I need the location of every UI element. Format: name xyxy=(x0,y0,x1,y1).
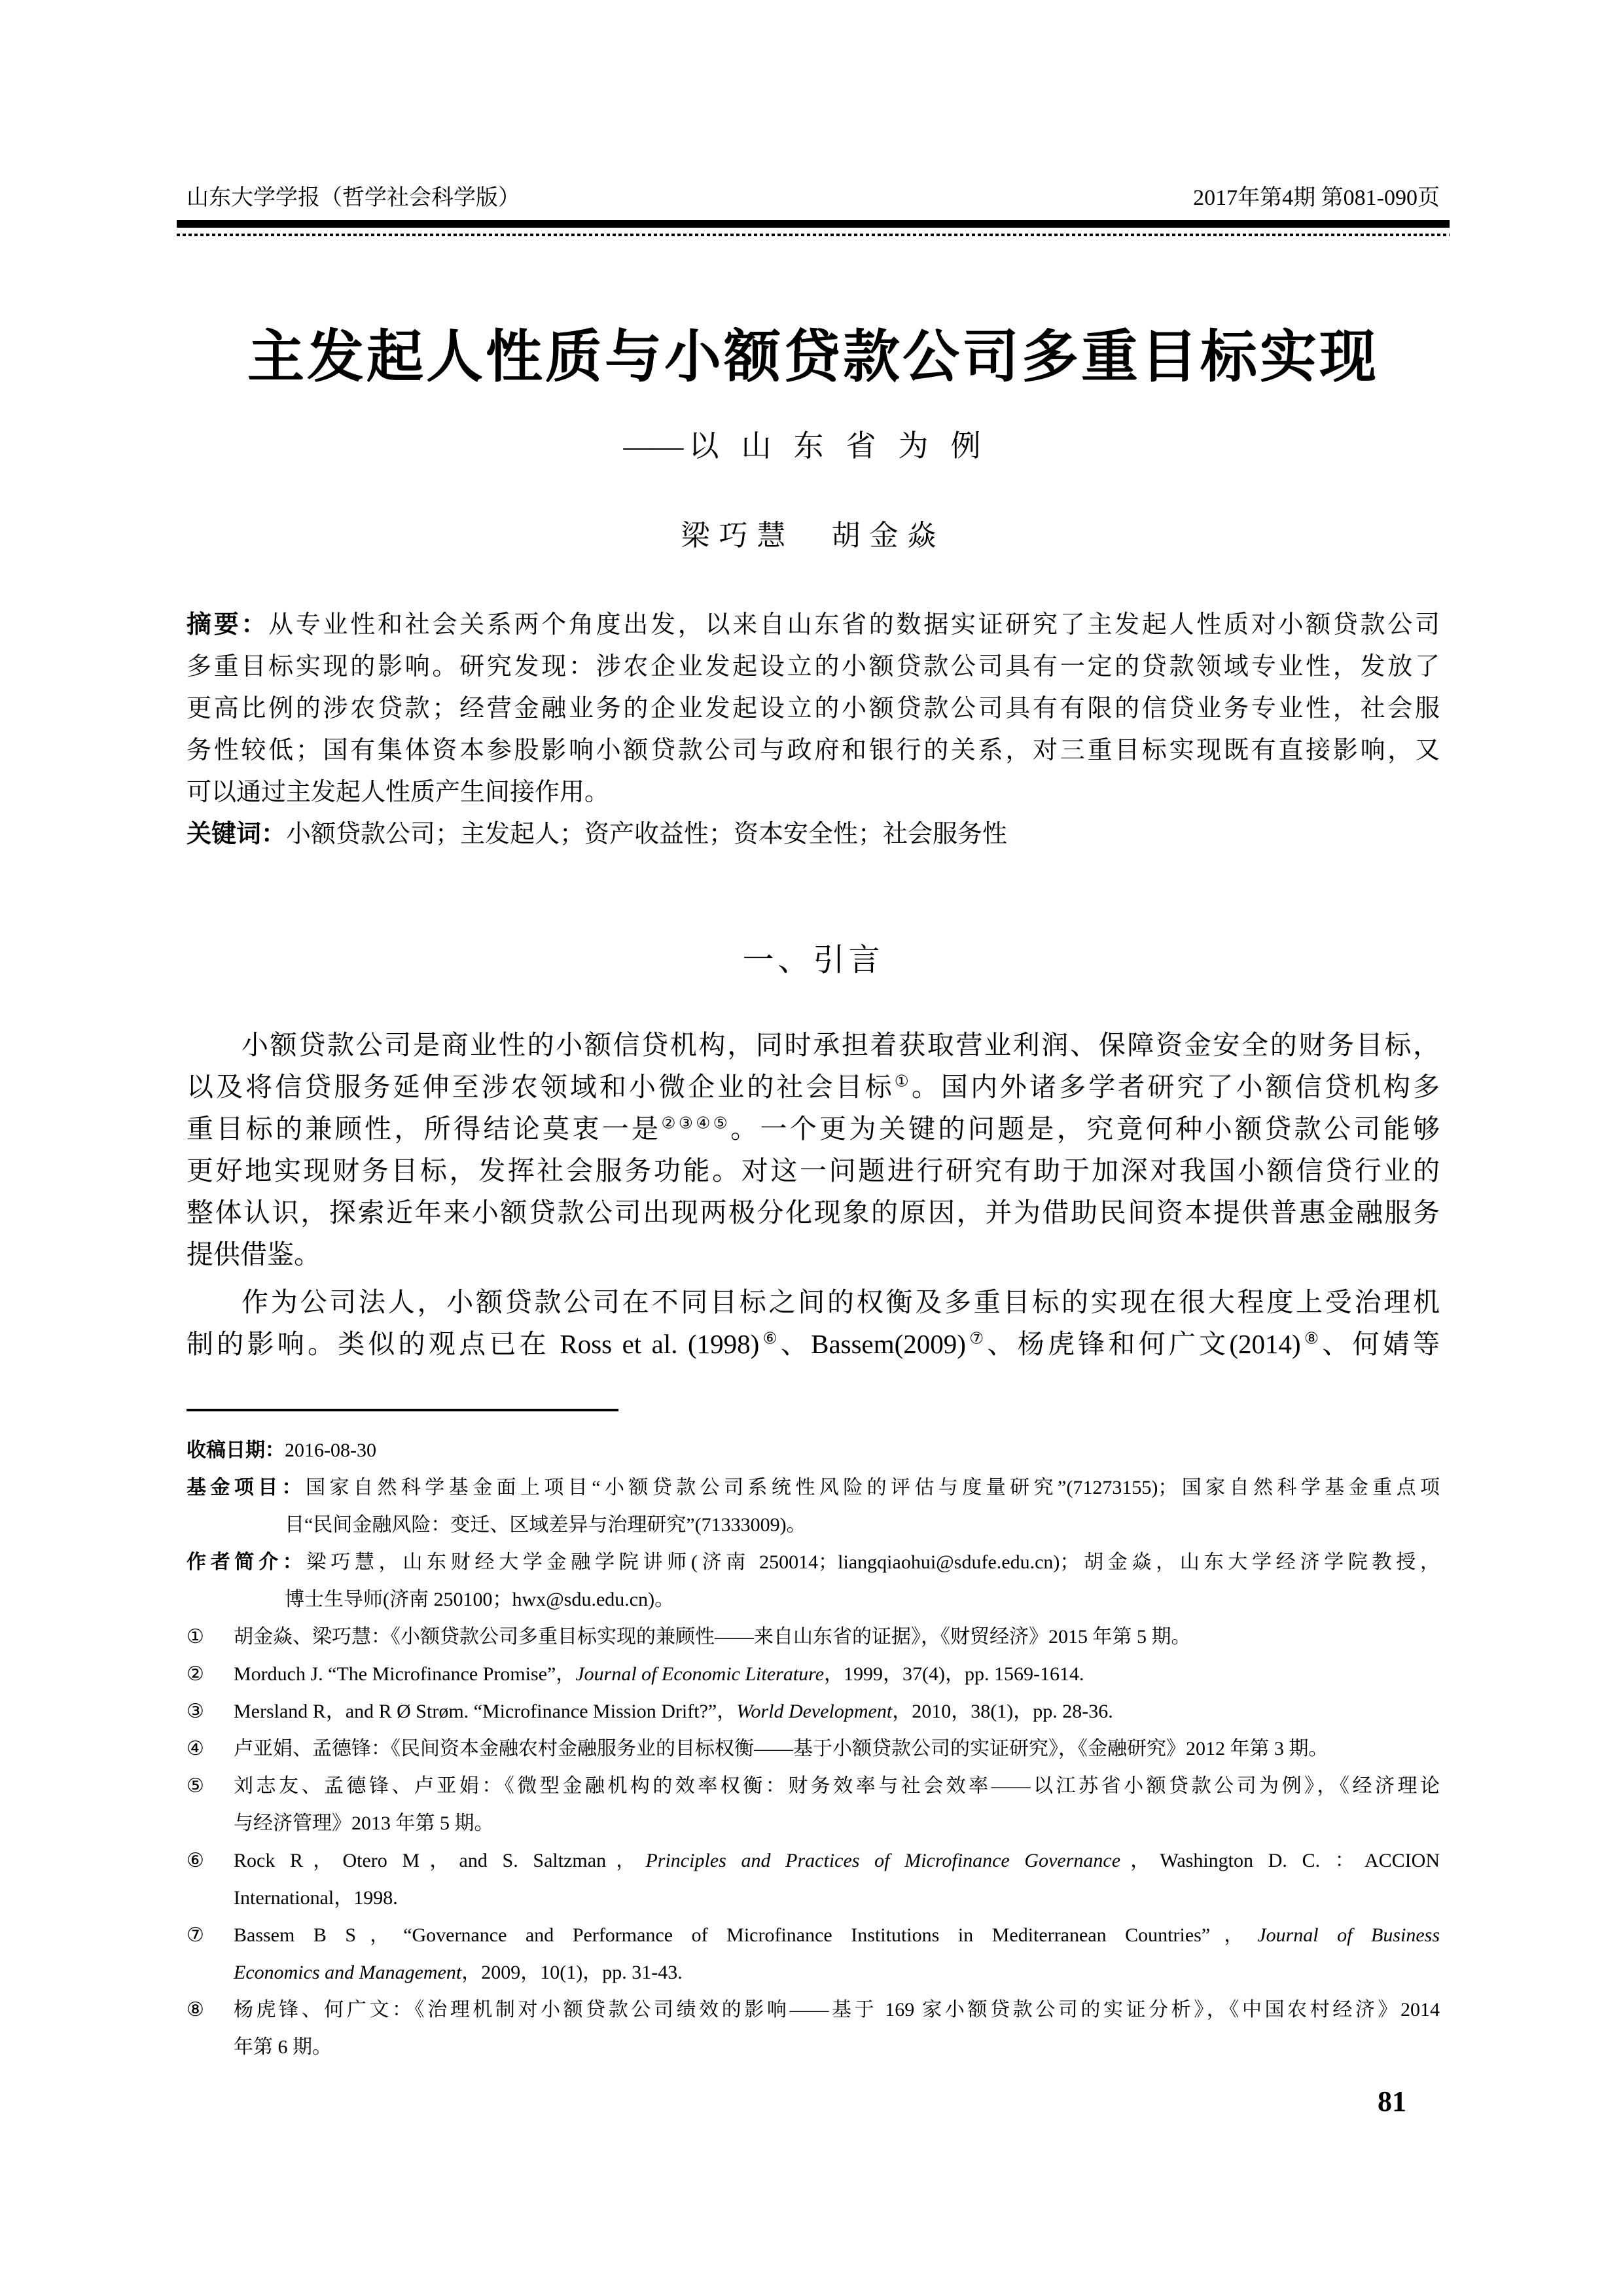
header-rule-dotted xyxy=(177,234,1450,236)
abstract-line: 多重目标实现的影响。研究发现：涉农企业发起设立的小额贷款公司具有一定的贷款领域专… xyxy=(187,646,1440,688)
text-run: ，1999，37(4)，pp. 1569-1614. xyxy=(824,1663,1084,1685)
text-run: Bassem B S，“Governance and Performance o… xyxy=(234,1924,1257,1946)
footnote-ref: ⑦ xyxy=(966,1330,988,1347)
section-heading: 一、引言 xyxy=(187,934,1440,980)
abstract-line: 可以通过主发起人性质产生间接作用。 xyxy=(187,771,1440,813)
footnote-labeled-item: 基金项目：国家自然科学基金面上项目“小额贷款公司系统性风险的评估与度量研究”(7… xyxy=(187,1469,1440,1544)
footnote-numbered-item: ⑥Rock R，Otero M，and S. Saltzman，Principl… xyxy=(187,1842,1440,1916)
footnote-marker: ⑤ xyxy=(187,1767,204,1805)
body-line: 更好地实现财务目标，发挥社会服务功能。对这一问题进行研究有助于加深对我国小额信贷… xyxy=(187,1150,1440,1192)
text-run: Rock R，Otero M，and S. Saltzman， xyxy=(234,1850,645,1871)
author-first: 梁巧慧 xyxy=(681,520,795,552)
author-second: 胡金焱 xyxy=(832,520,946,552)
footnote-ref: ⑥ xyxy=(759,1330,781,1347)
body-line: 整体认识，探索近年来小额贷款公司出现两极分化现象的原因，并为借助民间资本提供普惠… xyxy=(187,1192,1440,1233)
subtitle-dash: —— xyxy=(624,429,684,463)
footnote-numbered-item: ③Mersland R，and R Ø Strøm. “Microfinance… xyxy=(187,1693,1440,1730)
body-line: 小额贷款公司是商业性的小额信贷机构，同时承担着获取营业利润、保障资金安全的财务目… xyxy=(187,1024,1440,1066)
footnote-marker: ⑥ xyxy=(187,1842,204,1879)
text-run: 年第 6 期。 xyxy=(234,2036,332,2058)
footnote-numbered-item: ②Morduch J. “The Microfinance Promise”，J… xyxy=(187,1655,1440,1693)
journal-name: 山东大学学报（哲学社会科学版） xyxy=(187,183,520,213)
footnote-labeled-item: 收稿日期：2016-08-30 xyxy=(187,1432,1440,1469)
text-run: 刘志友、孟德锋、卢亚娟：《微型金融机构的效率权衡：财务效率与社会效率——以江苏省… xyxy=(234,1775,1440,1797)
footnote-ref: ③ xyxy=(679,1114,696,1132)
line-label: 基金项目： xyxy=(187,1477,306,1498)
footnote-marker: ③ xyxy=(187,1693,204,1730)
text-run: Mersland R，and R Ø Strøm. “Microfinance … xyxy=(234,1701,736,1722)
footnote-ref: ② xyxy=(662,1114,679,1132)
footnote-line: Rock R，Otero M，and S. Saltzman，Principle… xyxy=(234,1842,1440,1879)
text-run: 与经济管理》2013 年第 5 期。 xyxy=(234,1812,494,1834)
header-rule-thick xyxy=(177,220,1450,228)
italic-text: World Development xyxy=(736,1701,892,1722)
abstract-line: 务性较低；国有集体资本参股影响小额贷款公司与政府和银行的关系，对三重目标实现既有… xyxy=(187,730,1440,771)
footnote-line: 作者简介：梁巧慧，山东财经大学金融学院讲师(济南 250014；liangqia… xyxy=(187,1544,1440,1581)
line-label: 作者简介： xyxy=(187,1551,307,1573)
keywords-line: 关键词：小额贷款公司；主发起人；资产收益性；资本安全性；社会服务性 xyxy=(187,813,1440,855)
footnote-line: 年第 6 期。 xyxy=(234,2028,1440,2066)
footnote-line: 杨虎锋、何广文：《治理机制对小额贷款公司绩效的影响——基于 169 家小额贷款公… xyxy=(234,1991,1440,2028)
italic-text: Journal of Business xyxy=(1257,1924,1440,1946)
article-subtitle: ——以山东省为例 xyxy=(187,422,1440,465)
footnote-line: 胡金焱、梁巧慧：《小额贷款公司多重目标实现的兼顾性——来自山东省的证据》，《财贸… xyxy=(234,1618,1440,1655)
paragraph-1: 小额贷款公司是商业性的小额信贷机构，同时承担着获取营业利润、保障资金安全的财务目… xyxy=(187,1024,1440,1275)
footnote-numbered-item: ⑦Bassem B S，“Governance and Performance … xyxy=(187,1916,1440,1991)
page-number: 81 xyxy=(1378,2085,1406,2118)
footnote-line: 基金项目：国家自然科学基金面上项目“小额贷款公司系统性风险的评估与度量研究”(7… xyxy=(187,1469,1440,1506)
body-line: 提供借鉴。 xyxy=(187,1233,1440,1275)
journal-page: 山东大学学报（哲学社会科学版） 2017年第4期 第081-090页 主发起人性… xyxy=(0,0,1623,2296)
footnote-ref: ① xyxy=(895,1072,912,1090)
text-run: ，Washington D. C. ：ACCION xyxy=(1120,1850,1440,1871)
body-line: 以及将信贷服务延伸至涉农领域和小微企业的社会目标①。国内外诸多学者研究了小额信贷… xyxy=(187,1066,1440,1108)
footnote-line: 目“民间金融风险：变迁、区域差异与治理研究”(71333009)。 xyxy=(285,1506,1440,1544)
footnote-line: Economics and Management，2009，10(1)，pp. … xyxy=(234,1954,1440,1991)
text-run: 卢亚娟、孟德锋：《民间资本金融农村金融服务业的目标权衡——基于小额贷款公司的实证… xyxy=(234,1738,1329,1759)
line-label: 摘要： xyxy=(187,611,268,639)
footnote-marker: ② xyxy=(187,1655,204,1693)
subtitle-text: 以山东省为例 xyxy=(689,429,1003,463)
footnote-line: 卢亚娟、孟德锋：《民间资本金融农村金融服务业的目标权衡——基于小额贷款公司的实证… xyxy=(234,1730,1440,1767)
footnote-line: 收稿日期：2016-08-30 xyxy=(187,1432,1440,1469)
page-header: 山东大学学报（哲学社会科学版） 2017年第4期 第081-090页 xyxy=(187,183,1440,213)
paragraph-2: 作为公司法人，小额贷款公司在不同目标之间的权衡及多重目标的实现在很大程度上受治理… xyxy=(187,1281,1440,1365)
text-run: Morduch J. “The Microfinance Promise”， xyxy=(234,1663,575,1685)
footnote-marker: ① xyxy=(187,1618,204,1655)
abstract-line: 更高比例的涉农贷款；经营金融业务的企业发起设立的小额贷款公司具有有限的信贷业务专… xyxy=(187,688,1440,730)
italic-text: Principles and Practices of Microfinance… xyxy=(645,1850,1120,1871)
footnote-numbered-item: ①胡金焱、梁巧慧：《小额贷款公司多重目标实现的兼顾性——来自山东省的证据》，《财… xyxy=(187,1618,1440,1655)
footnote-marker: ⑦ xyxy=(187,1916,204,1954)
abstract-line: 摘要：从专业性和社会关系两个角度出发，以来自山东省的数据实证研究了主发起人性质对… xyxy=(187,604,1440,646)
footnote-marker: ④ xyxy=(187,1730,204,1767)
article-title: 主发起人性质与小额贷款公司多重目标实现 xyxy=(187,325,1440,390)
body-line: 重目标的兼顾性，所得结论莫衷一是②③④⑤。一个更为关键的问题是，究竟何种小额贷款… xyxy=(187,1108,1440,1150)
line-label: 收稿日期： xyxy=(187,1439,285,1461)
footnote-line: International，1998. xyxy=(234,1879,1440,1916)
footnote-line: Mersland R，and R Ø Strøm. “Microfinance … xyxy=(234,1693,1440,1730)
footnote-numbered-item: ④卢亚娟、孟德锋：《民间资本金融农村金融服务业的目标权衡——基于小额贷款公司的实… xyxy=(187,1730,1440,1767)
footnote-numbered-item: ⑧杨虎锋、何广文：《治理机制对小额贷款公司绩效的影响——基于 169 家小额贷款… xyxy=(187,1991,1440,2066)
body-line: 制的影响。类似的观点已在 Ross et al. (1998)⑥、Bassem(… xyxy=(187,1323,1440,1365)
footnote-labeled-item: 作者简介：梁巧慧，山东财经大学金融学院讲师(济南 250014；liangqia… xyxy=(187,1544,1440,1618)
footnote-ref: ⑧ xyxy=(1301,1330,1323,1347)
footnotes-block: 收稿日期：2016-08-30基金项目：国家自然科学基金面上项目“小额贷款公司系… xyxy=(187,1432,1440,2066)
article-authors: 梁巧慧胡金焱 xyxy=(187,512,1440,554)
journal-issue: 2017年第4期 第081-090页 xyxy=(1193,183,1440,213)
footnote-line: 博士生导师(济南 250100；hwx@sdu.edu.cn)。 xyxy=(285,1581,1440,1618)
footnote-line: 刘志友、孟德锋、卢亚娟：《微型金融机构的效率权衡：财务效率与社会效率——以江苏省… xyxy=(234,1767,1440,1805)
italic-text: Journal of Economic Literature xyxy=(575,1663,824,1685)
italic-text: Economics and Management xyxy=(234,1962,461,1983)
text-run: International，1998. xyxy=(234,1887,398,1909)
footnote-separator xyxy=(187,1409,618,1411)
footnote-line: 与经济管理》2013 年第 5 期。 xyxy=(234,1805,1440,1842)
text-run: ，2010，38(1)，pp. 28-36. xyxy=(892,1701,1113,1722)
footnote-numbered-item: ⑤刘志友、孟德锋、卢亚娟：《微型金融机构的效率权衡：财务效率与社会效率——以江苏… xyxy=(187,1767,1440,1842)
line-label: 关键词： xyxy=(187,821,286,848)
footnote-ref: ⑤ xyxy=(713,1114,730,1132)
abstract-block: 摘要：从专业性和社会关系两个角度出发，以来自山东省的数据实证研究了主发起人性质对… xyxy=(187,604,1440,855)
footnote-line: Morduch J. “The Microfinance Promise”，Jo… xyxy=(234,1655,1440,1693)
footnote-ref: ④ xyxy=(696,1114,713,1132)
footnote-line: Bassem B S，“Governance and Performance o… xyxy=(234,1916,1440,1954)
body-line: 作为公司法人，小额贷款公司在不同目标之间的权衡及多重目标的实现在很大程度上受治理… xyxy=(187,1281,1440,1323)
text-run: ，2009，10(1)，pp. 31-43. xyxy=(461,1962,682,1983)
text-run: 杨虎锋、何广文：《治理机制对小额贷款公司绩效的影响——基于 169 家小额贷款公… xyxy=(234,1999,1440,2021)
text-run: 胡金焱、梁巧慧：《小额贷款公司多重目标实现的兼顾性——来自山东省的证据》，《财贸… xyxy=(234,1626,1191,1648)
footnote-marker: ⑧ xyxy=(187,1991,204,2028)
